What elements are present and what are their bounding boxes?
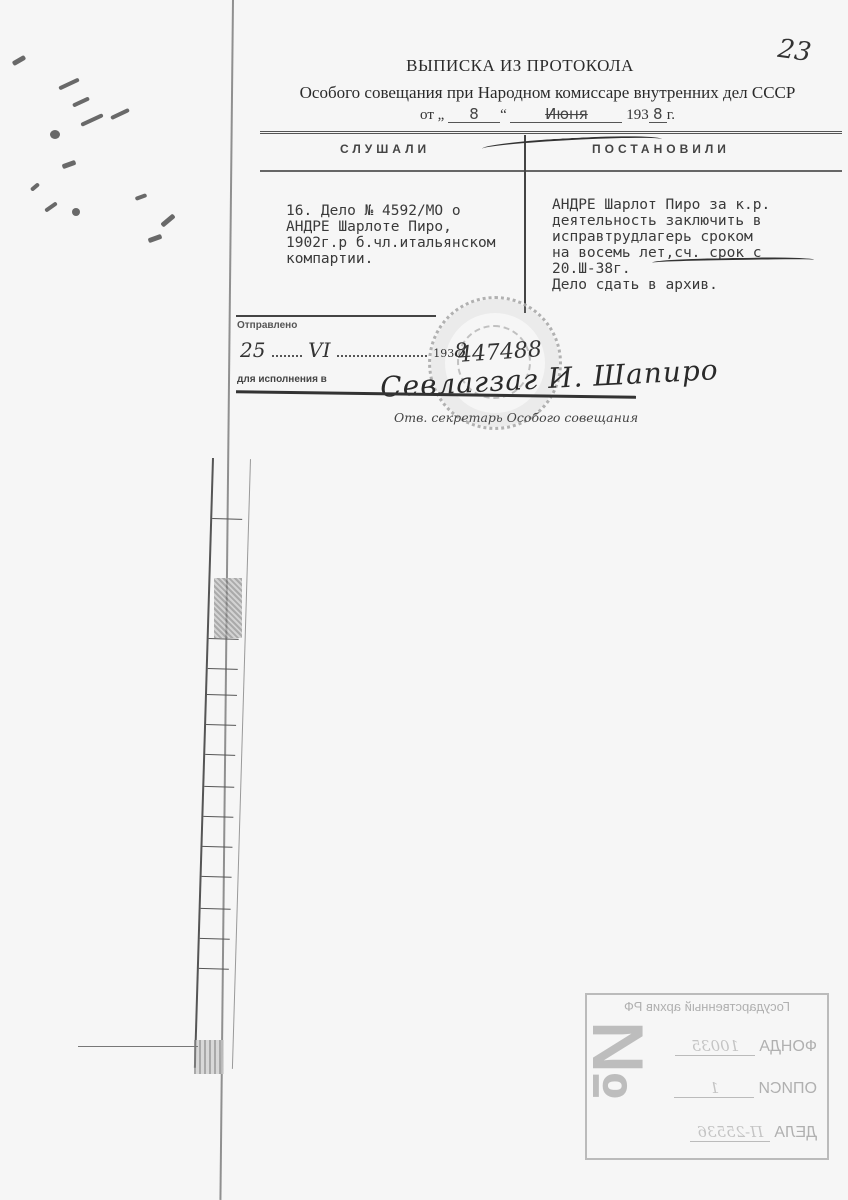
sent-month: VI (308, 338, 330, 362)
archive-opis-value: 1 (675, 1079, 755, 1098)
folio-number: 23 (776, 34, 813, 68)
archive-opis-label: ОПИСИ (759, 1080, 818, 1097)
date-month: Июня (510, 106, 622, 123)
header-rule-bottom (260, 170, 842, 172)
date-day: 8 (448, 106, 500, 123)
document-title: ВЫПИСКА ИЗ ПРОТОКОЛА (300, 56, 740, 76)
date-year-suffix: 8 (649, 106, 667, 123)
fold-line (78, 1046, 198, 1047)
header-rule-top (260, 131, 842, 134)
sent-year-prefix: 193 (433, 347, 454, 360)
dispatch-rule-top (236, 315, 436, 317)
binding-strip (194, 458, 251, 1069)
date-quote: “ (500, 107, 507, 123)
archive-fond-row: ФОНДА10035 (675, 1037, 817, 1056)
archive-delo-value: П-25536 (690, 1123, 770, 1142)
heard-text: 16. Дело № 4592/МО о АНДРЕ Шарлоте Пиро,… (286, 203, 496, 267)
binding-damage (214, 578, 242, 638)
column-header-heard: СЛУШАЛИ (340, 142, 430, 156)
archive-fond-label: ФОНДА (759, 1038, 817, 1055)
sent-label: Отправлено (237, 320, 297, 331)
column-header-decided: ПОСТАНОВИЛИ (592, 142, 730, 156)
archive-stamp: Государственный архив РФ ФОНДА10035 ОПИС… (585, 993, 829, 1160)
execution-label: для исполнения в (237, 374, 327, 385)
archive-fond-value: 10035 (675, 1037, 755, 1056)
protocol-date: от „ 8“ Июня 1938г. (255, 106, 840, 124)
date-prefix: от „ (420, 107, 444, 123)
column-divider (524, 135, 526, 313)
archive-delo-row: ДЕЛАП-25536 (690, 1123, 817, 1142)
archive-delo-label: ДЕЛА (774, 1124, 817, 1141)
sent-date: 25 VI 1938 (240, 338, 467, 362)
date-year-prefix: 193 (626, 107, 649, 123)
archive-number-mark: № (581, 1021, 653, 1101)
binding-foot (194, 1040, 224, 1074)
date-year-unit: г. (667, 107, 675, 123)
signer-title: Отв. секретарь Особого совещания (394, 410, 638, 425)
sent-day: 25 (240, 338, 265, 362)
document-subtitle: Особого совещания при Народном комиссаре… (255, 83, 840, 103)
archive-stamp-header: Государственный архив РФ (593, 999, 821, 1014)
archive-opis-row: ОПИСИ1 (675, 1079, 818, 1098)
decided-text: АНДРЕ Шарлот Пиро за к.р. деятельность з… (552, 197, 770, 293)
